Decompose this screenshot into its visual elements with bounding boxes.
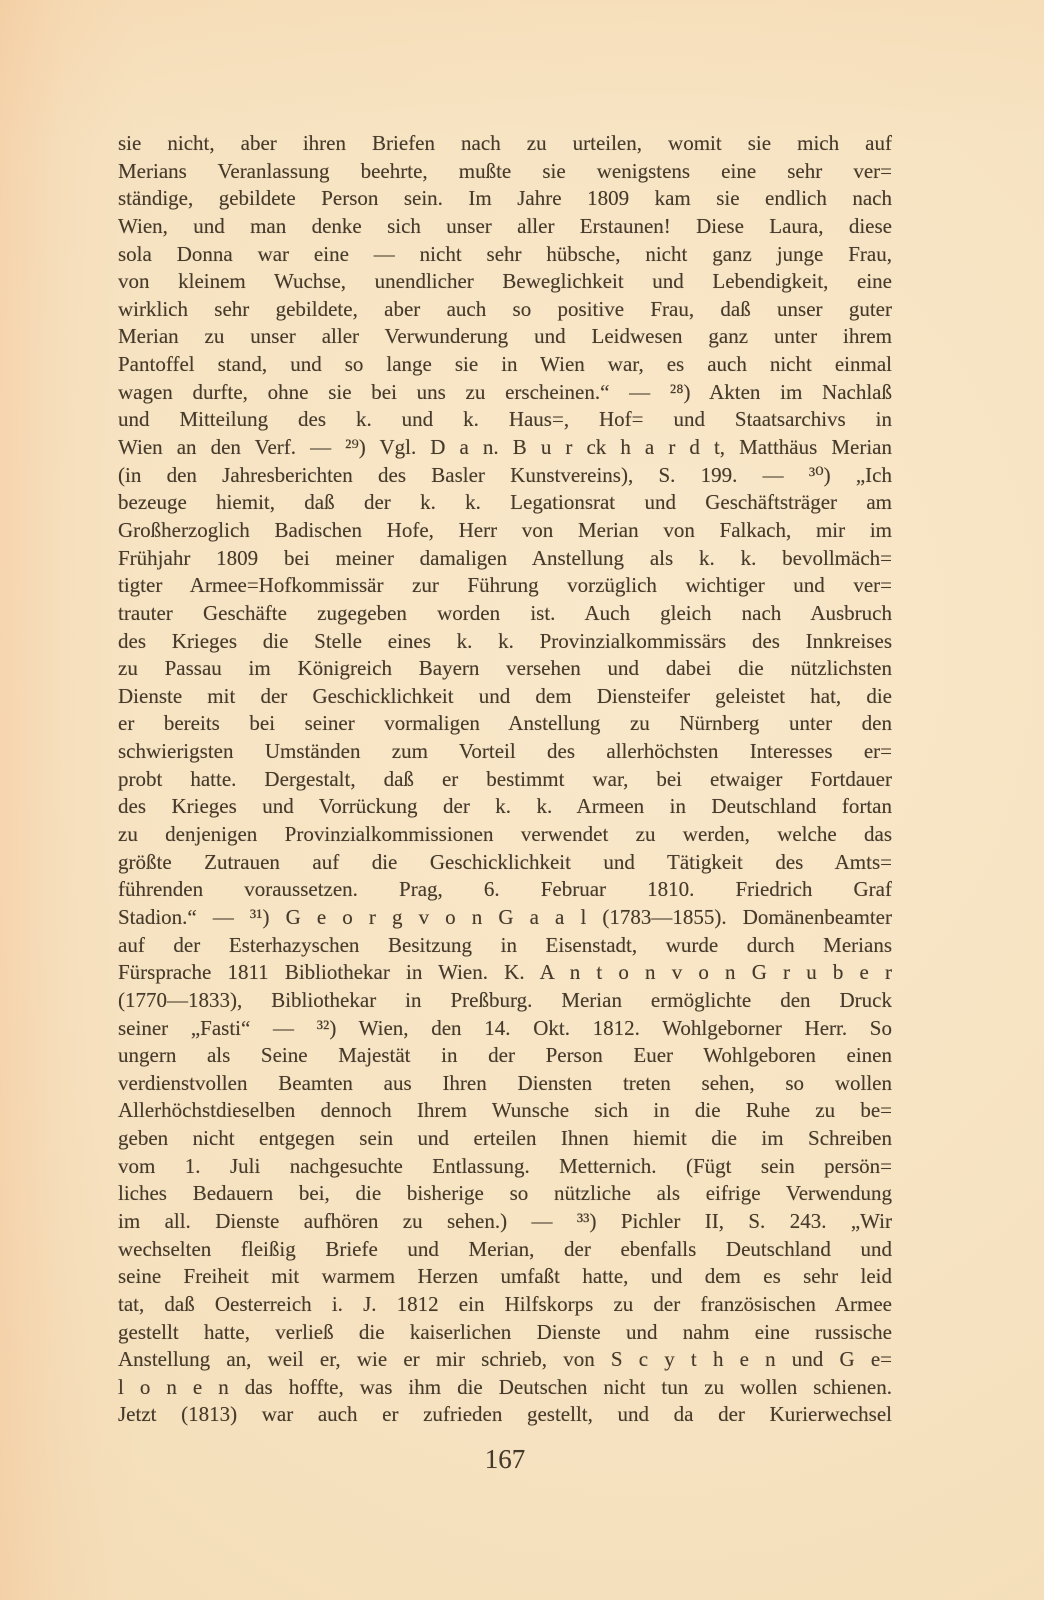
text-line: vom 1. Juli nachgesuchte Entlassung. Met… (118, 1153, 892, 1181)
text-line: l o n e n das hoffte, was ihm die Deutsc… (118, 1374, 892, 1402)
text-line: Pantoffel stand, und so lange sie in Wie… (118, 351, 892, 379)
text-line: Merians Veranlassung beehrte, mußte sie … (118, 158, 892, 186)
text-line: von kleinem Wuchse, unendlicher Beweglic… (118, 268, 892, 296)
text-line: wirklich sehr gebildete, aber auch so po… (118, 296, 892, 324)
text-line: seine Freiheit mit warmem Herzen umfaßt … (118, 1263, 892, 1291)
text-line: liches Bedauern bei, die bisherige so nü… (118, 1180, 892, 1208)
text-line: zu Passau im Königreich Bayern versehen … (118, 655, 892, 683)
text-line: er bereits bei seiner vormaligen Anstell… (118, 710, 892, 738)
text-line: geben nicht entgegen sein und erteilen I… (118, 1125, 892, 1153)
text-line: gestellt hatte, verließ die kaiserlichen… (118, 1319, 892, 1347)
text-line: (in den Jahresberichten des Basler Kunst… (118, 462, 892, 490)
text-line: Dienste mit der Geschicklichkeit und dem… (118, 683, 892, 711)
text-line: auf der Esterhazyschen Besitzung in Eise… (118, 932, 892, 960)
text-line: verdienstvollen Beamten aus Ihren Dienst… (118, 1070, 892, 1098)
text-line: wagen durfte, ohne sie bei uns zu ersche… (118, 379, 892, 407)
text-line: probt hatte. Dergestalt, daß er bestimmt… (118, 766, 892, 794)
text-line: trauter Geschäfte zugegeben worden ist. … (118, 600, 892, 628)
page-number: 167 (118, 1441, 892, 1477)
text-line: Großherzoglich Badischen Hofe, Herr von … (118, 517, 892, 545)
text-line: wechselten fleißig Briefe und Merian, de… (118, 1236, 892, 1264)
text-line: tat, daß Oesterreich i. J. 1812 ein Hilf… (118, 1291, 892, 1319)
text-line: Jetzt (1813) war auch er zufrieden geste… (118, 1401, 892, 1429)
text-line: tigter Armee=Hofkommissär zur Führung vo… (118, 572, 892, 600)
text-line: größte Zutrauen auf die Geschicklichkeit… (118, 849, 892, 877)
text-line: Allerhöchstdieselben dennoch Ihrem Wunsc… (118, 1097, 892, 1125)
text-line: führenden voraussetzen. Prag, 6. Februar… (118, 876, 892, 904)
text-line: ungern als Seine Majestät in der Person … (118, 1042, 892, 1070)
text-line: des Krieges die Stelle eines k. k. Provi… (118, 628, 892, 656)
text-line: schwierigsten Umständen zum Vorteil des … (118, 738, 892, 766)
page-text-block: sie nicht, aber ihren Briefen nach zu ur… (118, 130, 892, 1430)
text-line: Frühjahr 1809 bei meiner damaligen Anste… (118, 545, 892, 573)
text-line: Fürsprache 1811 Bibliothekar in Wien. K.… (118, 959, 892, 987)
text-line: bezeuge hiemit, daß der k. k. Legationsr… (118, 489, 892, 517)
text-line: Merian zu unser aller Verwunderung und L… (118, 323, 892, 351)
text-line: sie nicht, aber ihren Briefen nach zu ur… (118, 130, 892, 158)
text-line: Stadion.“ — ³¹) G e o r g v o n G a a l … (118, 904, 892, 932)
text-line: seiner „Fasti“ — ³²) Wien, den 14. Okt. … (118, 1015, 892, 1043)
text-line: Wien, und man denke sich unser aller Ers… (118, 213, 892, 241)
text-line: (1770—1833), Bibliothekar in Preßburg. M… (118, 987, 892, 1015)
text-line: ständige, gebildete Person sein. Im Jahr… (118, 185, 892, 213)
text-line: des Krieges und Vorrückung der k. k. Arm… (118, 793, 892, 821)
text-line: sola Donna war eine — nicht sehr hübsche… (118, 241, 892, 269)
text-line: Wien an den Verf. — ²⁹) Vgl. D a n. B u … (118, 434, 892, 462)
book-page: sie nicht, aber ihren Briefen nach zu ur… (0, 0, 1044, 1600)
text-line: und Mitteilung des k. und k. Haus=, Hof=… (118, 406, 892, 434)
text-line: zu denjenigen Provinzialkommissionen ver… (118, 821, 892, 849)
text-line: im all. Dienste aufhören zu sehen.) — ³³… (118, 1208, 892, 1236)
text-line: Anstellung an, weil er, wie er mir schri… (118, 1346, 892, 1374)
